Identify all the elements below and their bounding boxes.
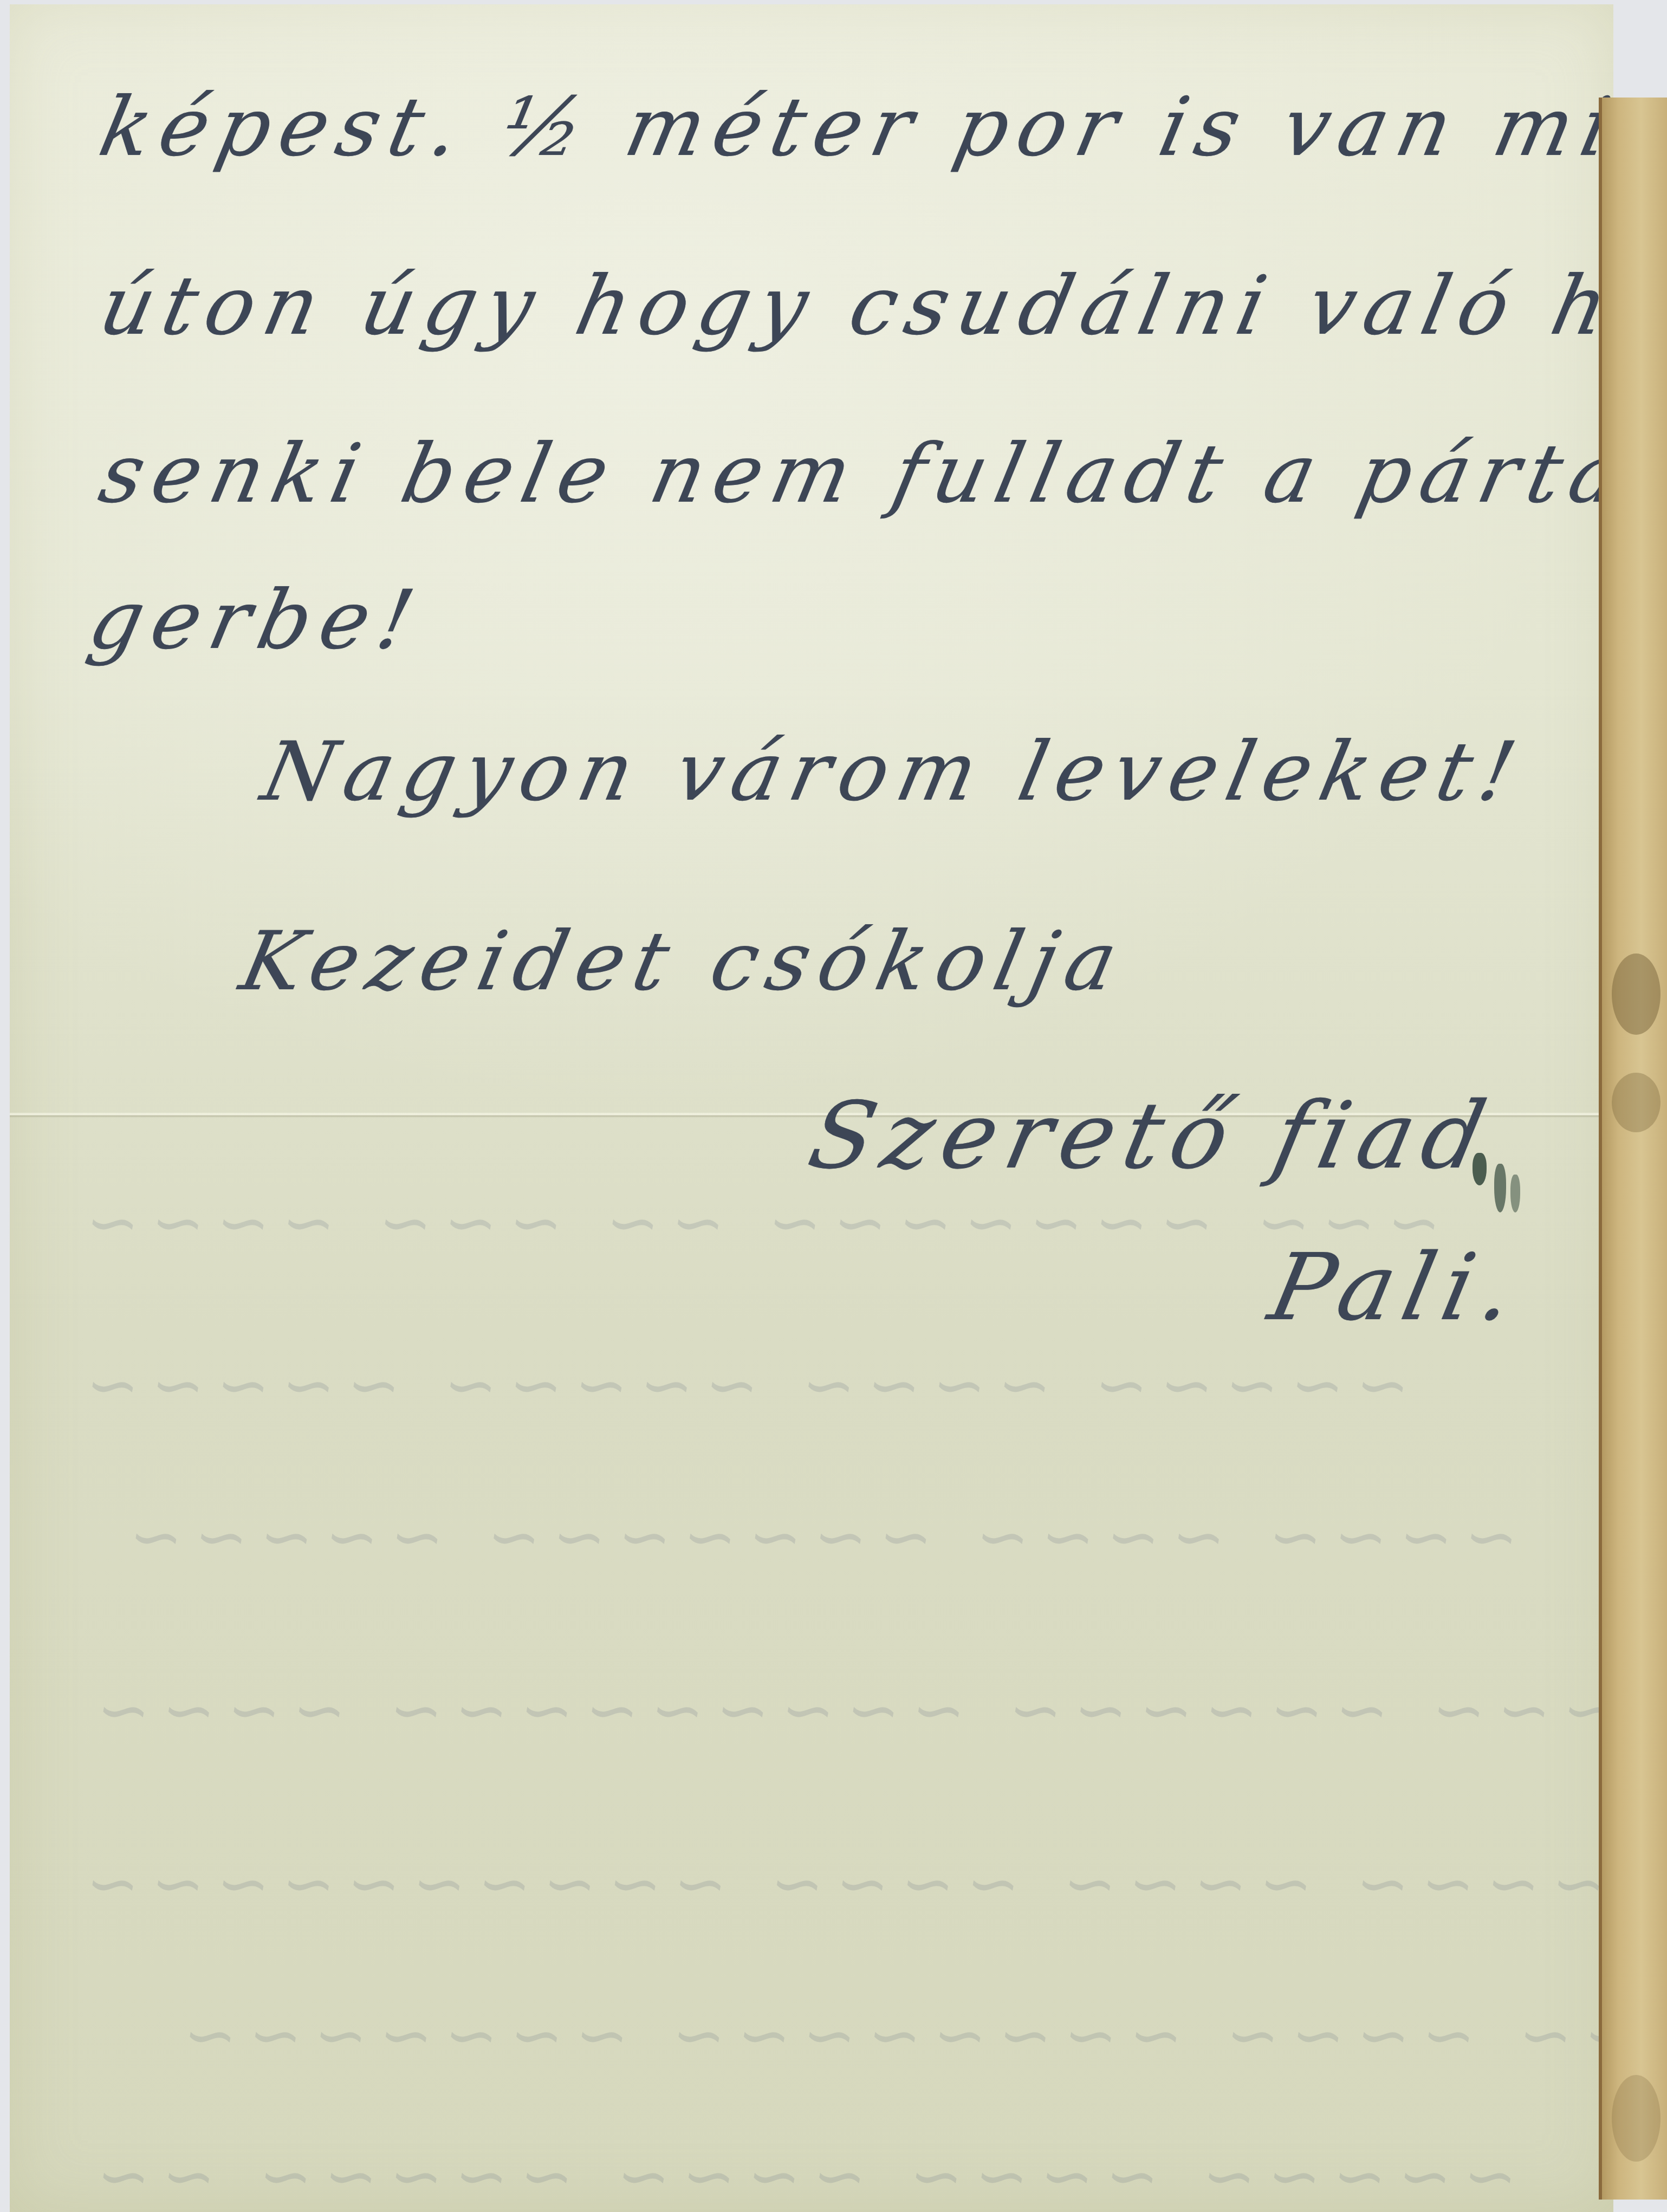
bleed-through-text: ~~~~ ~~~~~~ ~~~~~~~~~ ~~~~ <box>79 1673 1667 1748</box>
folded-aged-edge <box>1599 98 1667 2200</box>
letter-body-line-2: úton úgy hogy csudálni való hogy még <box>92 259 1667 353</box>
water-stain <box>1612 2075 1660 2162</box>
water-stain <box>1612 1073 1660 1132</box>
letter-body-line-1: képest. ½ méter por is van mindég az <box>92 80 1667 174</box>
bleed-through-text: ~~~~~ ~~~~ ~~~~~ ~~~~~ <box>68 1348 1417 1423</box>
closing-line-2: Kezeidet csókolja <box>233 914 1135 1009</box>
bleed-through-text: ~~~ ~~~~~~~ ~~ ~~~ ~~~~ <box>68 1185 1448 1261</box>
signature: Pali. <box>1261 1234 1533 1341</box>
ink-spot <box>1473 1153 1487 1185</box>
signoff-phrase: Szerető fiad <box>800 1082 1504 1190</box>
water-stain <box>1612 953 1660 1035</box>
bleed-through-text: ~~~~ ~~~~ ~~~~~~~ ~~~~~ <box>112 1500 1526 1575</box>
letter-sheet: ~~~ ~~~~~~~ ~~ ~~~ ~~~~ ~~~~~ ~~~~ ~~~~~… <box>10 4 1613 2212</box>
closing-line-1: Nagyon várom leveleket! <box>255 725 1533 819</box>
ink-spot <box>1510 1175 1520 1212</box>
letter-body-line-4: gerbe! <box>81 573 432 667</box>
bleed-through-text: ~~~~~ ~~~~ ~~~~ ~~~~~ ~~ <box>79 2139 1525 2212</box>
bleed-through-text: ~~~~ ~~~~ ~~~~ ~~~~~~~~~~ <box>68 1846 1613 1922</box>
letter-body-line-3: senki bele nem fulladt a pártán- <box>92 427 1667 521</box>
ink-spot <box>1494 1164 1506 1212</box>
bleed-through-text: ~~ ~~~~ ~~~~~~~~ ~~~~~~~ <box>166 1998 1645 2073</box>
